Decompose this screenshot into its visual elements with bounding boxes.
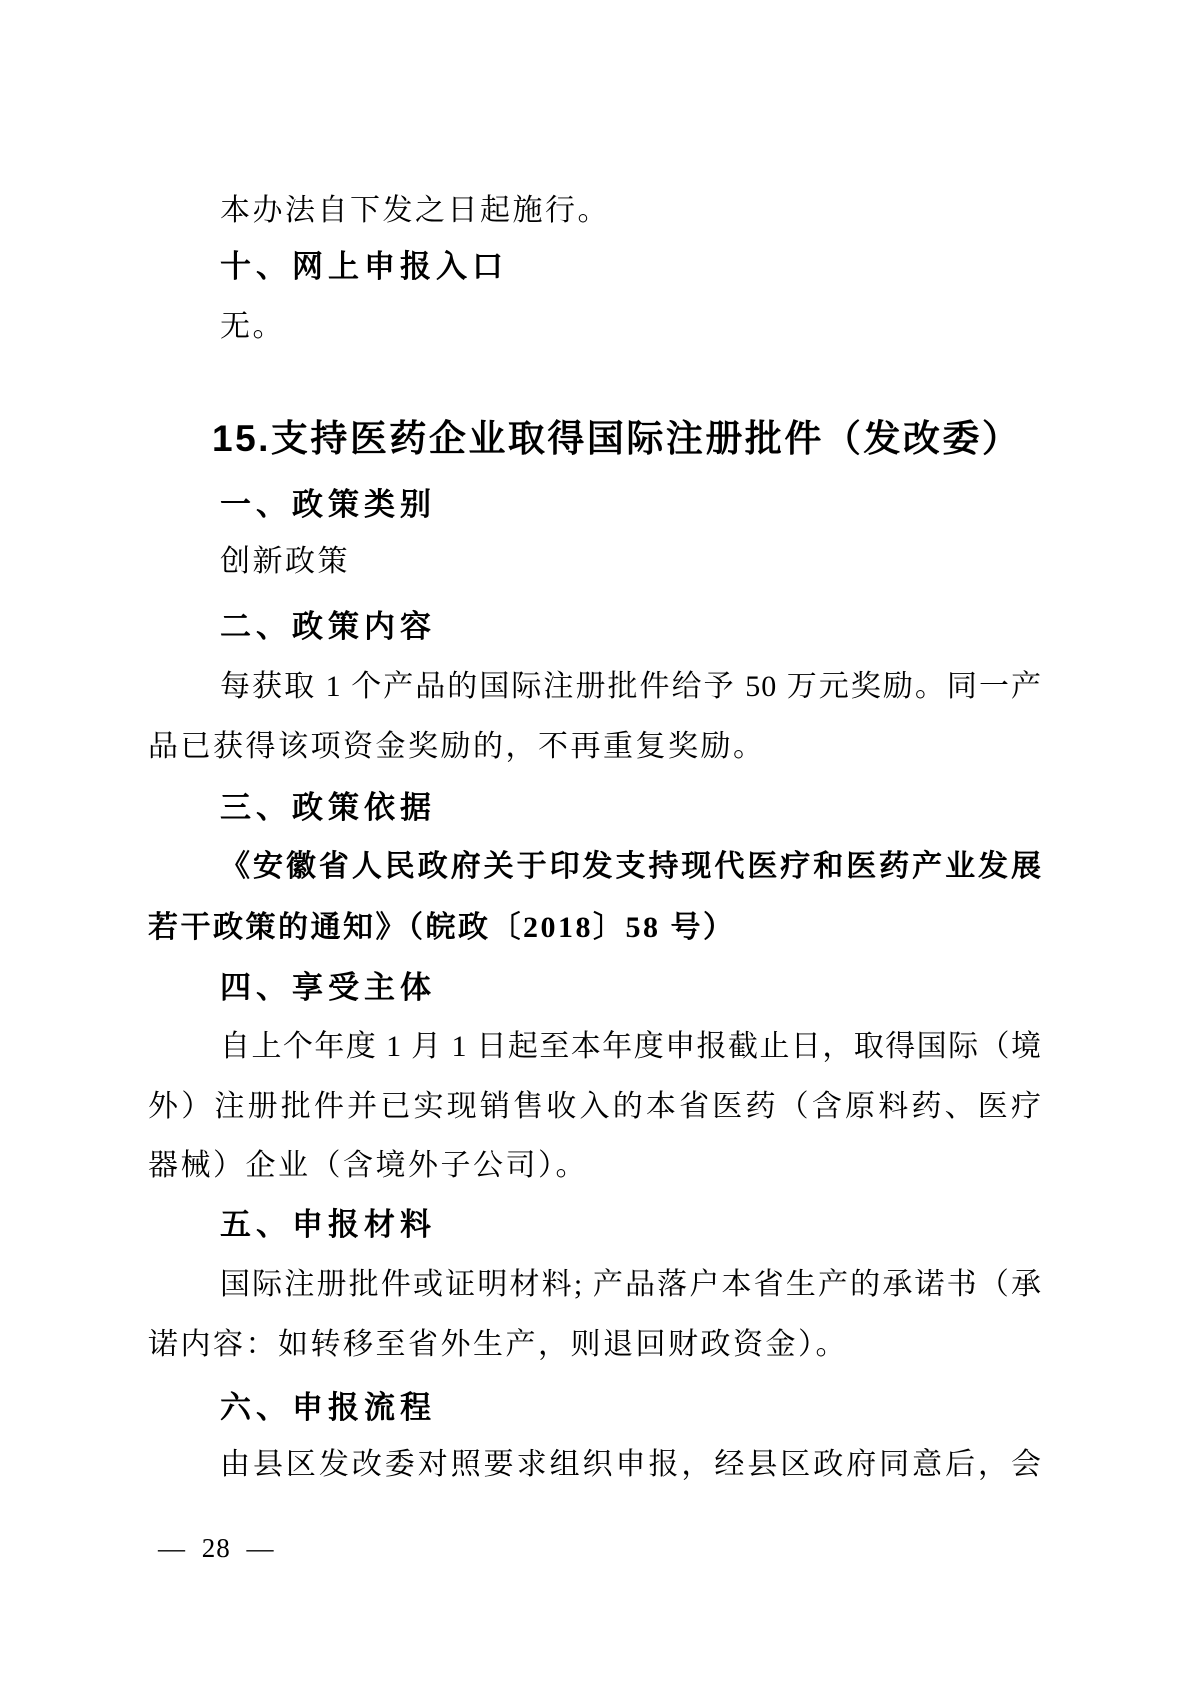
heading-3-policy-basis: 三、政策依据 [148, 789, 1042, 828]
line-policy-basis-1: 《安徽省人民政府关于印发支持现代医疗和医药产业发展 [148, 848, 1042, 886]
heading-2-policy-content: 二、政策内容 [148, 608, 1042, 647]
line-process-1: 由县区发改委对照要求组织申报，经县区政府同意后，会 [148, 1446, 1042, 1484]
line-beneficiary-3: 器械）企业（含境外子公司）。 [148, 1147, 1042, 1185]
page-number: — 28 — [158, 1532, 1052, 1566]
line-materials-1: 国际注册批件或证明材料; 产品落户本省生产的承诺书（承 [148, 1266, 1042, 1304]
line-policy-category-value: 创新政策 [148, 543, 1042, 581]
heading-5-application-materials: 五、申报材料 [148, 1206, 1042, 1245]
section-15-title: 15.支持医药企业取得国际注册批件（发改委） [148, 416, 1042, 462]
line-beneficiary-1: 自上个年度 1 月 1 日起至本年度申报截止日，取得国际（境 [148, 1028, 1042, 1066]
line-policy-basis-2: 若干政策的通知》（皖政〔2018〕58 号） [148, 909, 1042, 947]
heading-10-online-entry: 十、网上申报入口 [148, 248, 1042, 287]
heading-6-application-process: 六、申报流程 [148, 1389, 1042, 1428]
line-beneficiary-2: 外）注册批件并已实现销售收入的本省医药（含原料药、医疗 [148, 1088, 1042, 1126]
heading-1-policy-category: 一、政策类别 [148, 486, 1042, 525]
line-policy-content-1: 每获取 1 个产品的国际注册批件给予 50 万元奖励。同一产 [148, 668, 1042, 706]
line-materials-2: 诺内容：如转移至省外生产，则退回财政资金）。 [148, 1326, 1042, 1364]
line-none: 无。 [148, 308, 1042, 346]
line-policy-content-2: 品已获得该项资金奖励的，不再重复奖励。 [148, 728, 1042, 766]
line-implementation-note: 本办法自下发之日起施行。 [148, 192, 1042, 230]
document-page: 本办法自下发之日起施行。 十、网上申报入口 无。 15.支持医药企业取得国际注册… [0, 0, 1190, 1683]
heading-4-beneficiary: 四、享受主体 [148, 969, 1042, 1008]
